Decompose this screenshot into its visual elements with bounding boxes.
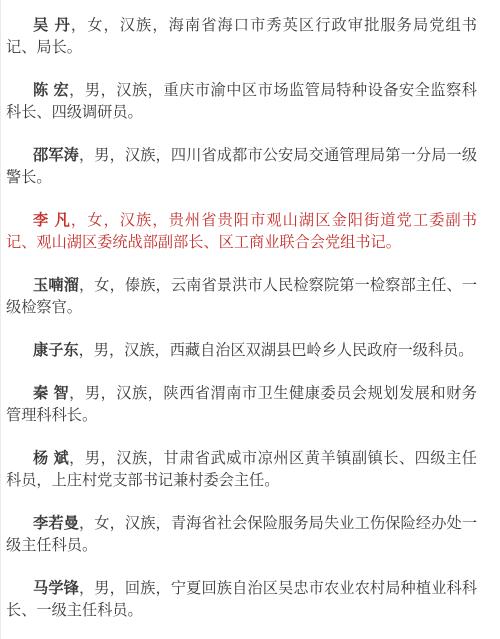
person-details: ，男，汉族，西藏自治区双湖县巴岭乡人民政府一级科员。: [79, 342, 474, 359]
person-details: ，男，汉族，甘肃省武威市凉州区黄羊镇副镇长、四级主任科员，上庄村党支部书记兼村委…: [6, 450, 477, 489]
person-entry: 玉喃溜，女，傣族，云南省景洪市人民检察院第一检察部主任、一级检察官。: [6, 275, 477, 319]
person-entry: 陈 宏，男，汉族，重庆市渝中区市场监管局特种设备安全监察科科长、四级调研员。: [6, 80, 477, 124]
person-name: 邵军涛: [33, 147, 79, 164]
person-entry: 秦 智，男，汉族，陕西省渭南市卫生健康委员会规划发展和财务管理科科长。: [6, 383, 477, 427]
document-page: { "page": { "background": "#ffffff", "te…: [0, 0, 500, 639]
person-entry: 邵军涛，男，汉族，四川省成都市公安局交通管理局第一分局一级警长。: [6, 145, 477, 189]
person-entry: 康子东，男，汉族，西藏自治区双湖县巴岭乡人民政府一级科员。: [6, 340, 477, 362]
person-details: ，女，汉族，贵州省贵阳市观山湖区金阳街道党工委副书记、观山湖区委统战部副部长、区…: [6, 212, 477, 251]
person-name: 康子东: [33, 342, 79, 359]
person-entry: 吴 丹，女，汉族，海南省海口市秀英区行政审批服务局党组书记、局长。: [6, 15, 477, 59]
person-name: 玉喃溜: [33, 277, 79, 294]
person-name: 李若曼: [33, 515, 79, 532]
person-details: ，女，汉族，海南省海口市秀英区行政审批服务局党组书记、局长。: [6, 17, 477, 56]
person-name: 秦 智: [33, 385, 69, 402]
person-name: 马学锋: [33, 580, 79, 597]
person-entry-highlighted: 李 凡，女，汉族，贵州省贵阳市观山湖区金阳街道党工委副书记、观山湖区委统战部副部…: [6, 210, 477, 254]
person-entry: 马学锋，男，回族，宁夏回族自治区吴忠市农业农村局种植业科科长、一级主任科员。: [6, 578, 477, 622]
person-entry: 李若曼，女，汉族，青海省社会保险服务局失业工伤保险经办处一级主任科员。: [6, 513, 477, 557]
person-entry: 杨 斌，男，汉族，甘肃省武威市凉州区黄羊镇副镇长、四级主任科员，上庄村党支部书记…: [6, 448, 477, 492]
person-name: 李 凡: [33, 212, 71, 229]
person-name: 吴 丹: [33, 17, 71, 34]
person-details: ，男，汉族，重庆市渝中区市场监管局特种设备安全监察科科长、四级调研员。: [6, 82, 477, 121]
person-name: 陈 宏: [33, 82, 69, 99]
person-details: ，男，汉族，陕西省渭南市卫生健康委员会规划发展和财务管理科科长。: [6, 385, 477, 424]
person-name: 杨 斌: [33, 450, 69, 467]
appointment-list: 吴 丹，女，汉族，海南省海口市秀英区行政审批服务局党组书记、局长。 陈 宏，男，…: [0, 0, 500, 639]
